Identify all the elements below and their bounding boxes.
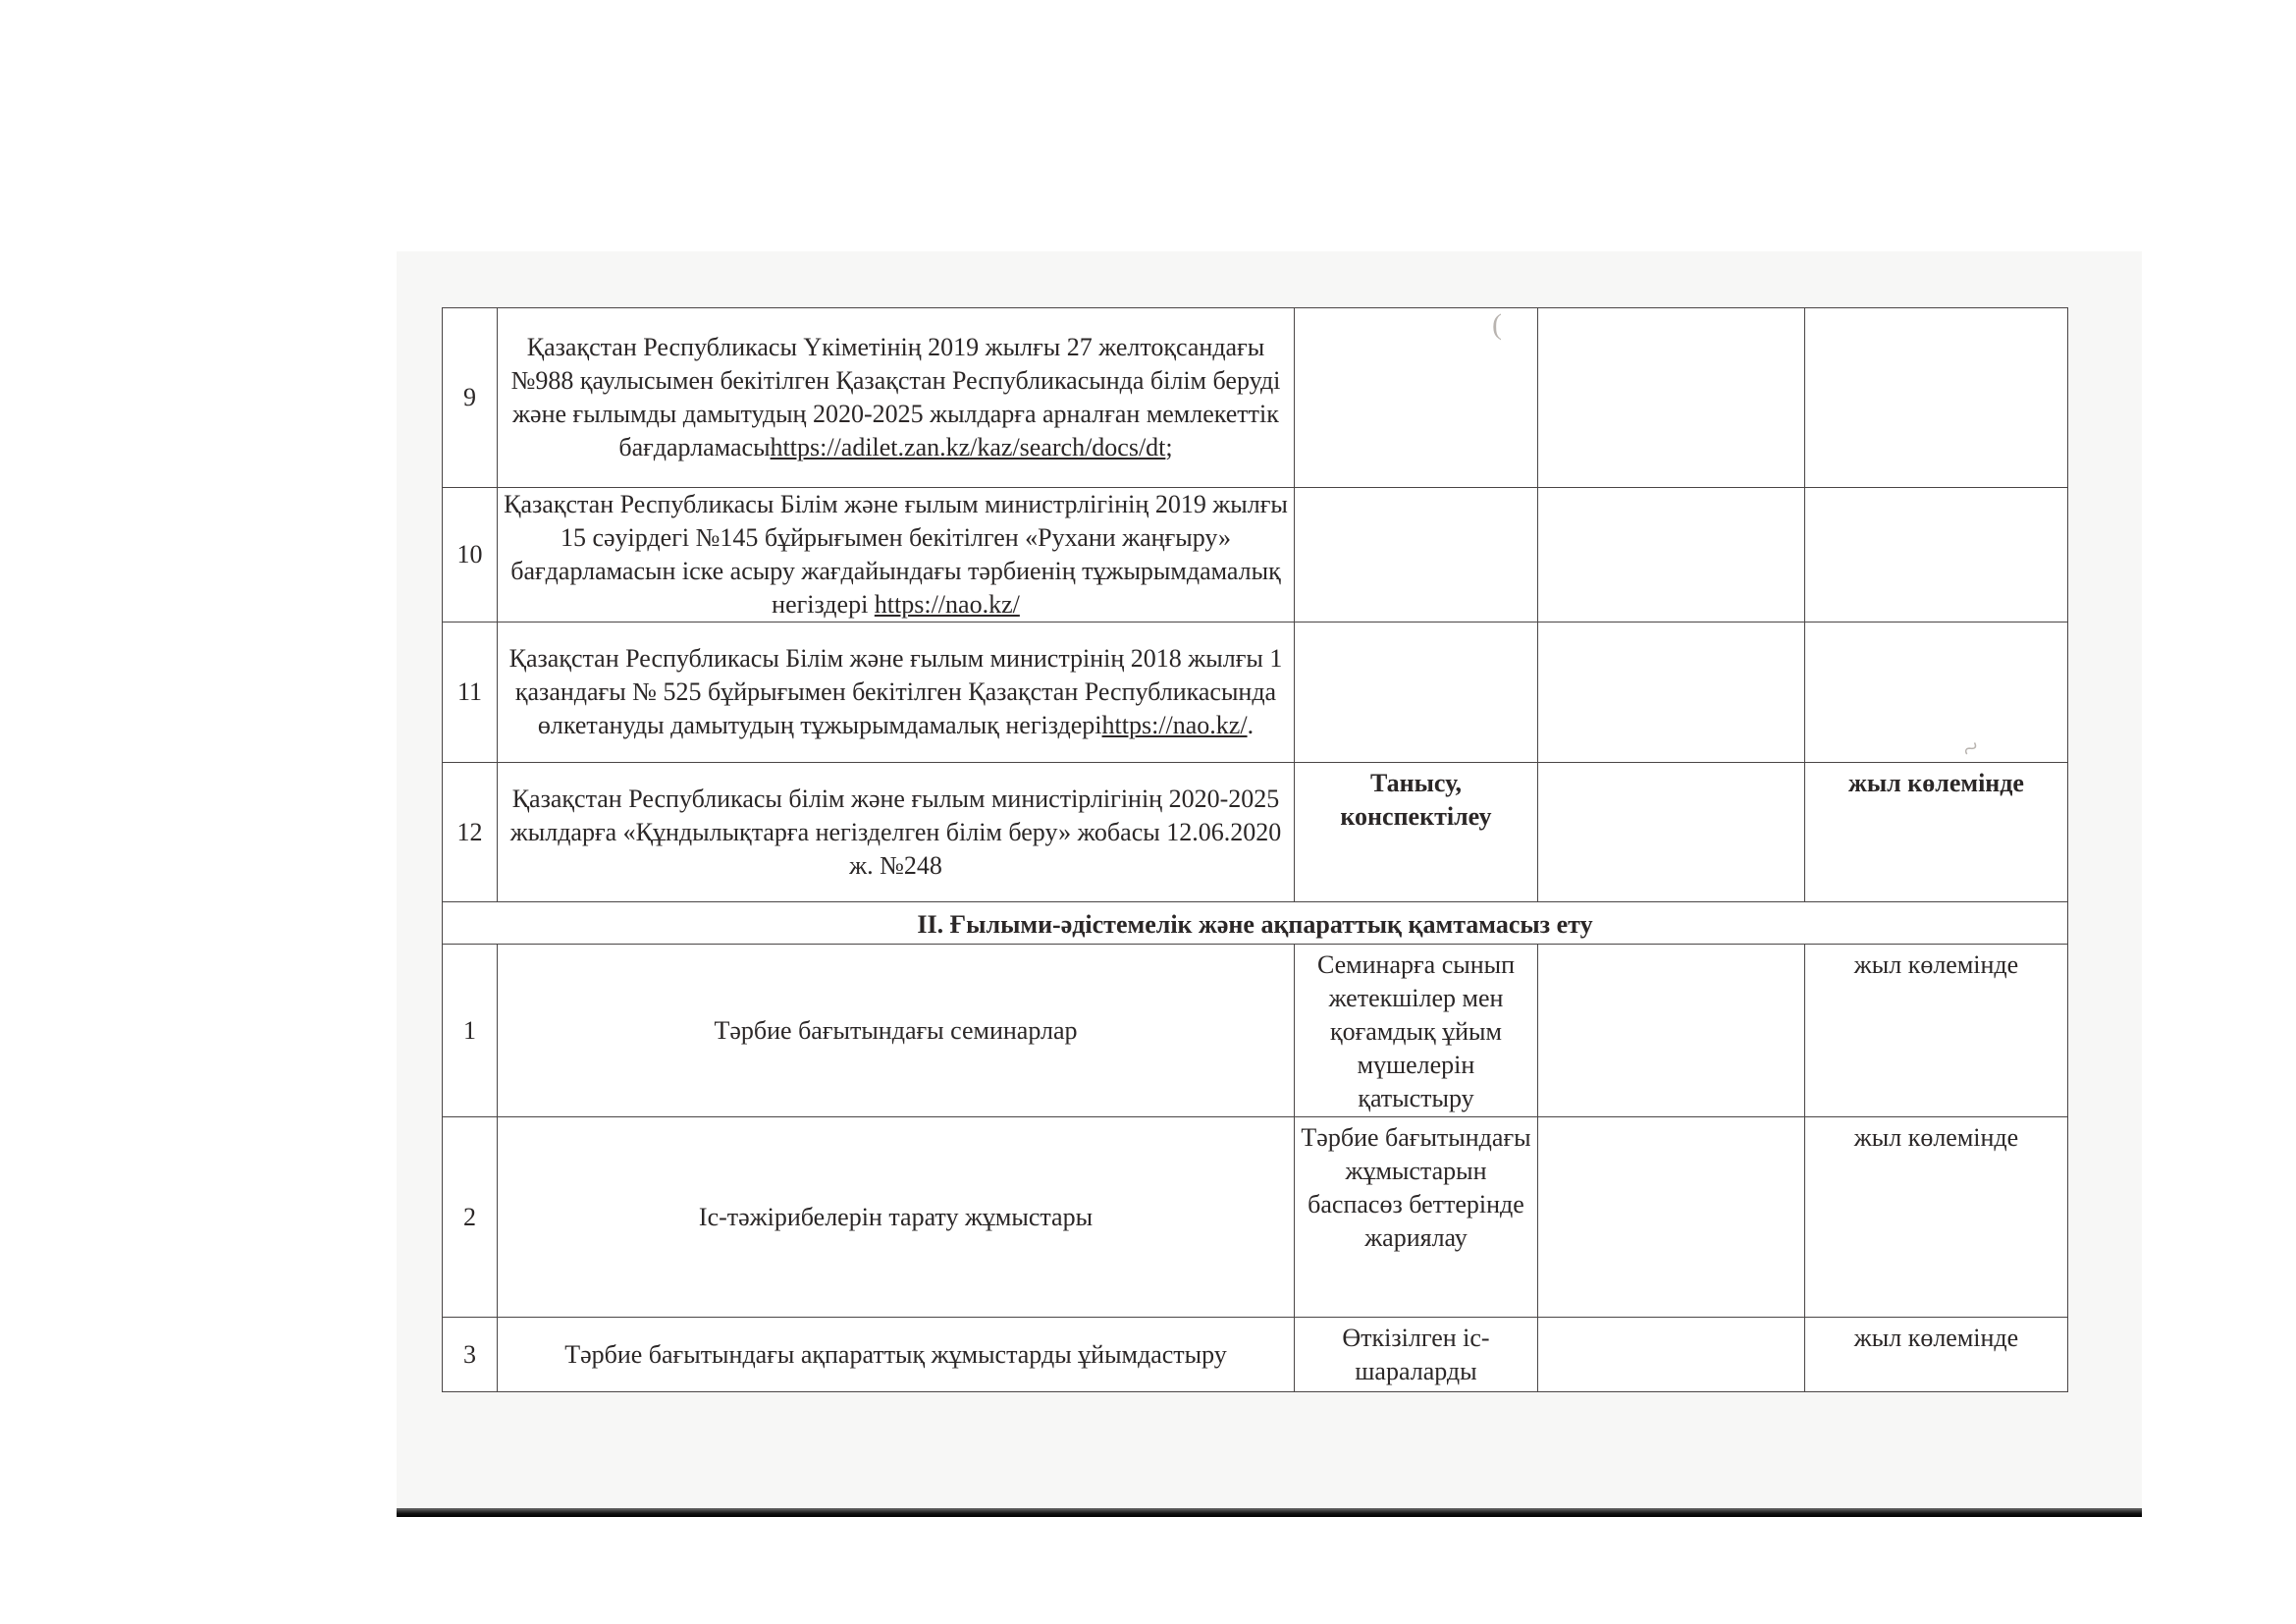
row-description: Іс-тәжірибелерін тарату жұмыстары — [498, 1117, 1295, 1318]
table-row: 9 Қазақстан Республикасы Үкіметінің 2019… — [443, 308, 2068, 488]
row-number: 3 — [443, 1318, 498, 1392]
row-deadline — [1805, 488, 2068, 623]
row-form — [1295, 488, 1538, 623]
description-suffix: . — [1248, 711, 1255, 739]
row-number: 2 — [443, 1117, 498, 1318]
plan-table: 9 Қазақстан Республикасы Үкіметінің 2019… — [442, 307, 2068, 1392]
row-deadline: жыл көлемінде — [1805, 1318, 2068, 1392]
row-description: Қазақстан Республикасы Білім және ғылым … — [498, 623, 1295, 763]
row-form — [1295, 623, 1538, 763]
row-deadline — [1805, 623, 2068, 763]
row-description: Тәрбие бағытындағы ақпараттық жұмыстарды… — [498, 1318, 1295, 1392]
row-responsible — [1538, 763, 1805, 902]
row-deadline: жыл көлемінде — [1805, 1117, 2068, 1318]
row-number: 10 — [443, 488, 498, 623]
row-description: Қазақстан Республикасы білім және ғылым … — [498, 763, 1295, 902]
document-link[interactable]: https://adilet.zan.kz/kaz/search/docs/dt — [771, 433, 1166, 461]
row-responsible — [1538, 488, 1805, 623]
table-row: 12 Қазақстан Республикасы білім және ғыл… — [443, 763, 2068, 902]
row-responsible — [1538, 623, 1805, 763]
row-number: 12 — [443, 763, 498, 902]
row-number: 1 — [443, 945, 498, 1117]
scan-artifact-mark: ( — [1492, 310, 1502, 340]
row-form: Өткізілген іс-шараларды — [1295, 1318, 1538, 1392]
row-responsible — [1538, 1117, 1805, 1318]
row-deadline: жыл көлемінде — [1805, 763, 2068, 902]
table-row: 1 Тәрбие бағытындағы семинарлар Семинарғ… — [443, 945, 2068, 1117]
table-row: 3 Тәрбие бағытындағы ақпараттық жұмыстар… — [443, 1318, 2068, 1392]
row-responsible — [1538, 308, 1805, 488]
document-link[interactable]: https://nao.kz/ — [1102, 711, 1248, 739]
table-row: 11 Қазақстан Республикасы Білім және ғыл… — [443, 623, 2068, 763]
row-description: Қазақстан Республикасы Білім және ғылым … — [498, 488, 1295, 623]
table-row: 2 Іс-тәжірибелерін тарату жұмыстары Тәрб… — [443, 1117, 2068, 1318]
row-number: 11 — [443, 623, 498, 763]
row-form: Танысу, конспектілеу — [1295, 763, 1538, 902]
row-deadline: жыл көлемінде — [1805, 945, 2068, 1117]
section-heading: II. Ғылыми-әдістемелік және ақпараттық қ… — [443, 902, 2068, 945]
scan-edge-shadow — [397, 1508, 2142, 1517]
description-text: Қазақстан Республикасы білім және ғылым … — [510, 785, 1281, 880]
row-number: 9 — [443, 308, 498, 488]
row-deadline — [1805, 308, 2068, 488]
row-description: Тәрбие бағытындағы семинарлар — [498, 945, 1295, 1117]
row-description: Қазақстан Республикасы Үкіметінің 2019 ж… — [498, 308, 1295, 488]
description-suffix: ; — [1165, 433, 1172, 461]
row-form: Семинарға сынып жетекшілер мен қоғамдық … — [1295, 945, 1538, 1117]
table-row: 10 Қазақстан Республикасы Білім және ғыл… — [443, 488, 2068, 623]
row-responsible — [1538, 1318, 1805, 1392]
row-form: Тәрбие бағытындағы жұмыстарын баспасөз б… — [1295, 1117, 1538, 1318]
document-link[interactable]: https://nao.kz/ — [875, 590, 1020, 619]
row-responsible — [1538, 945, 1805, 1117]
section-heading-row: II. Ғылыми-әдістемелік және ақпараттық қ… — [443, 902, 2068, 945]
